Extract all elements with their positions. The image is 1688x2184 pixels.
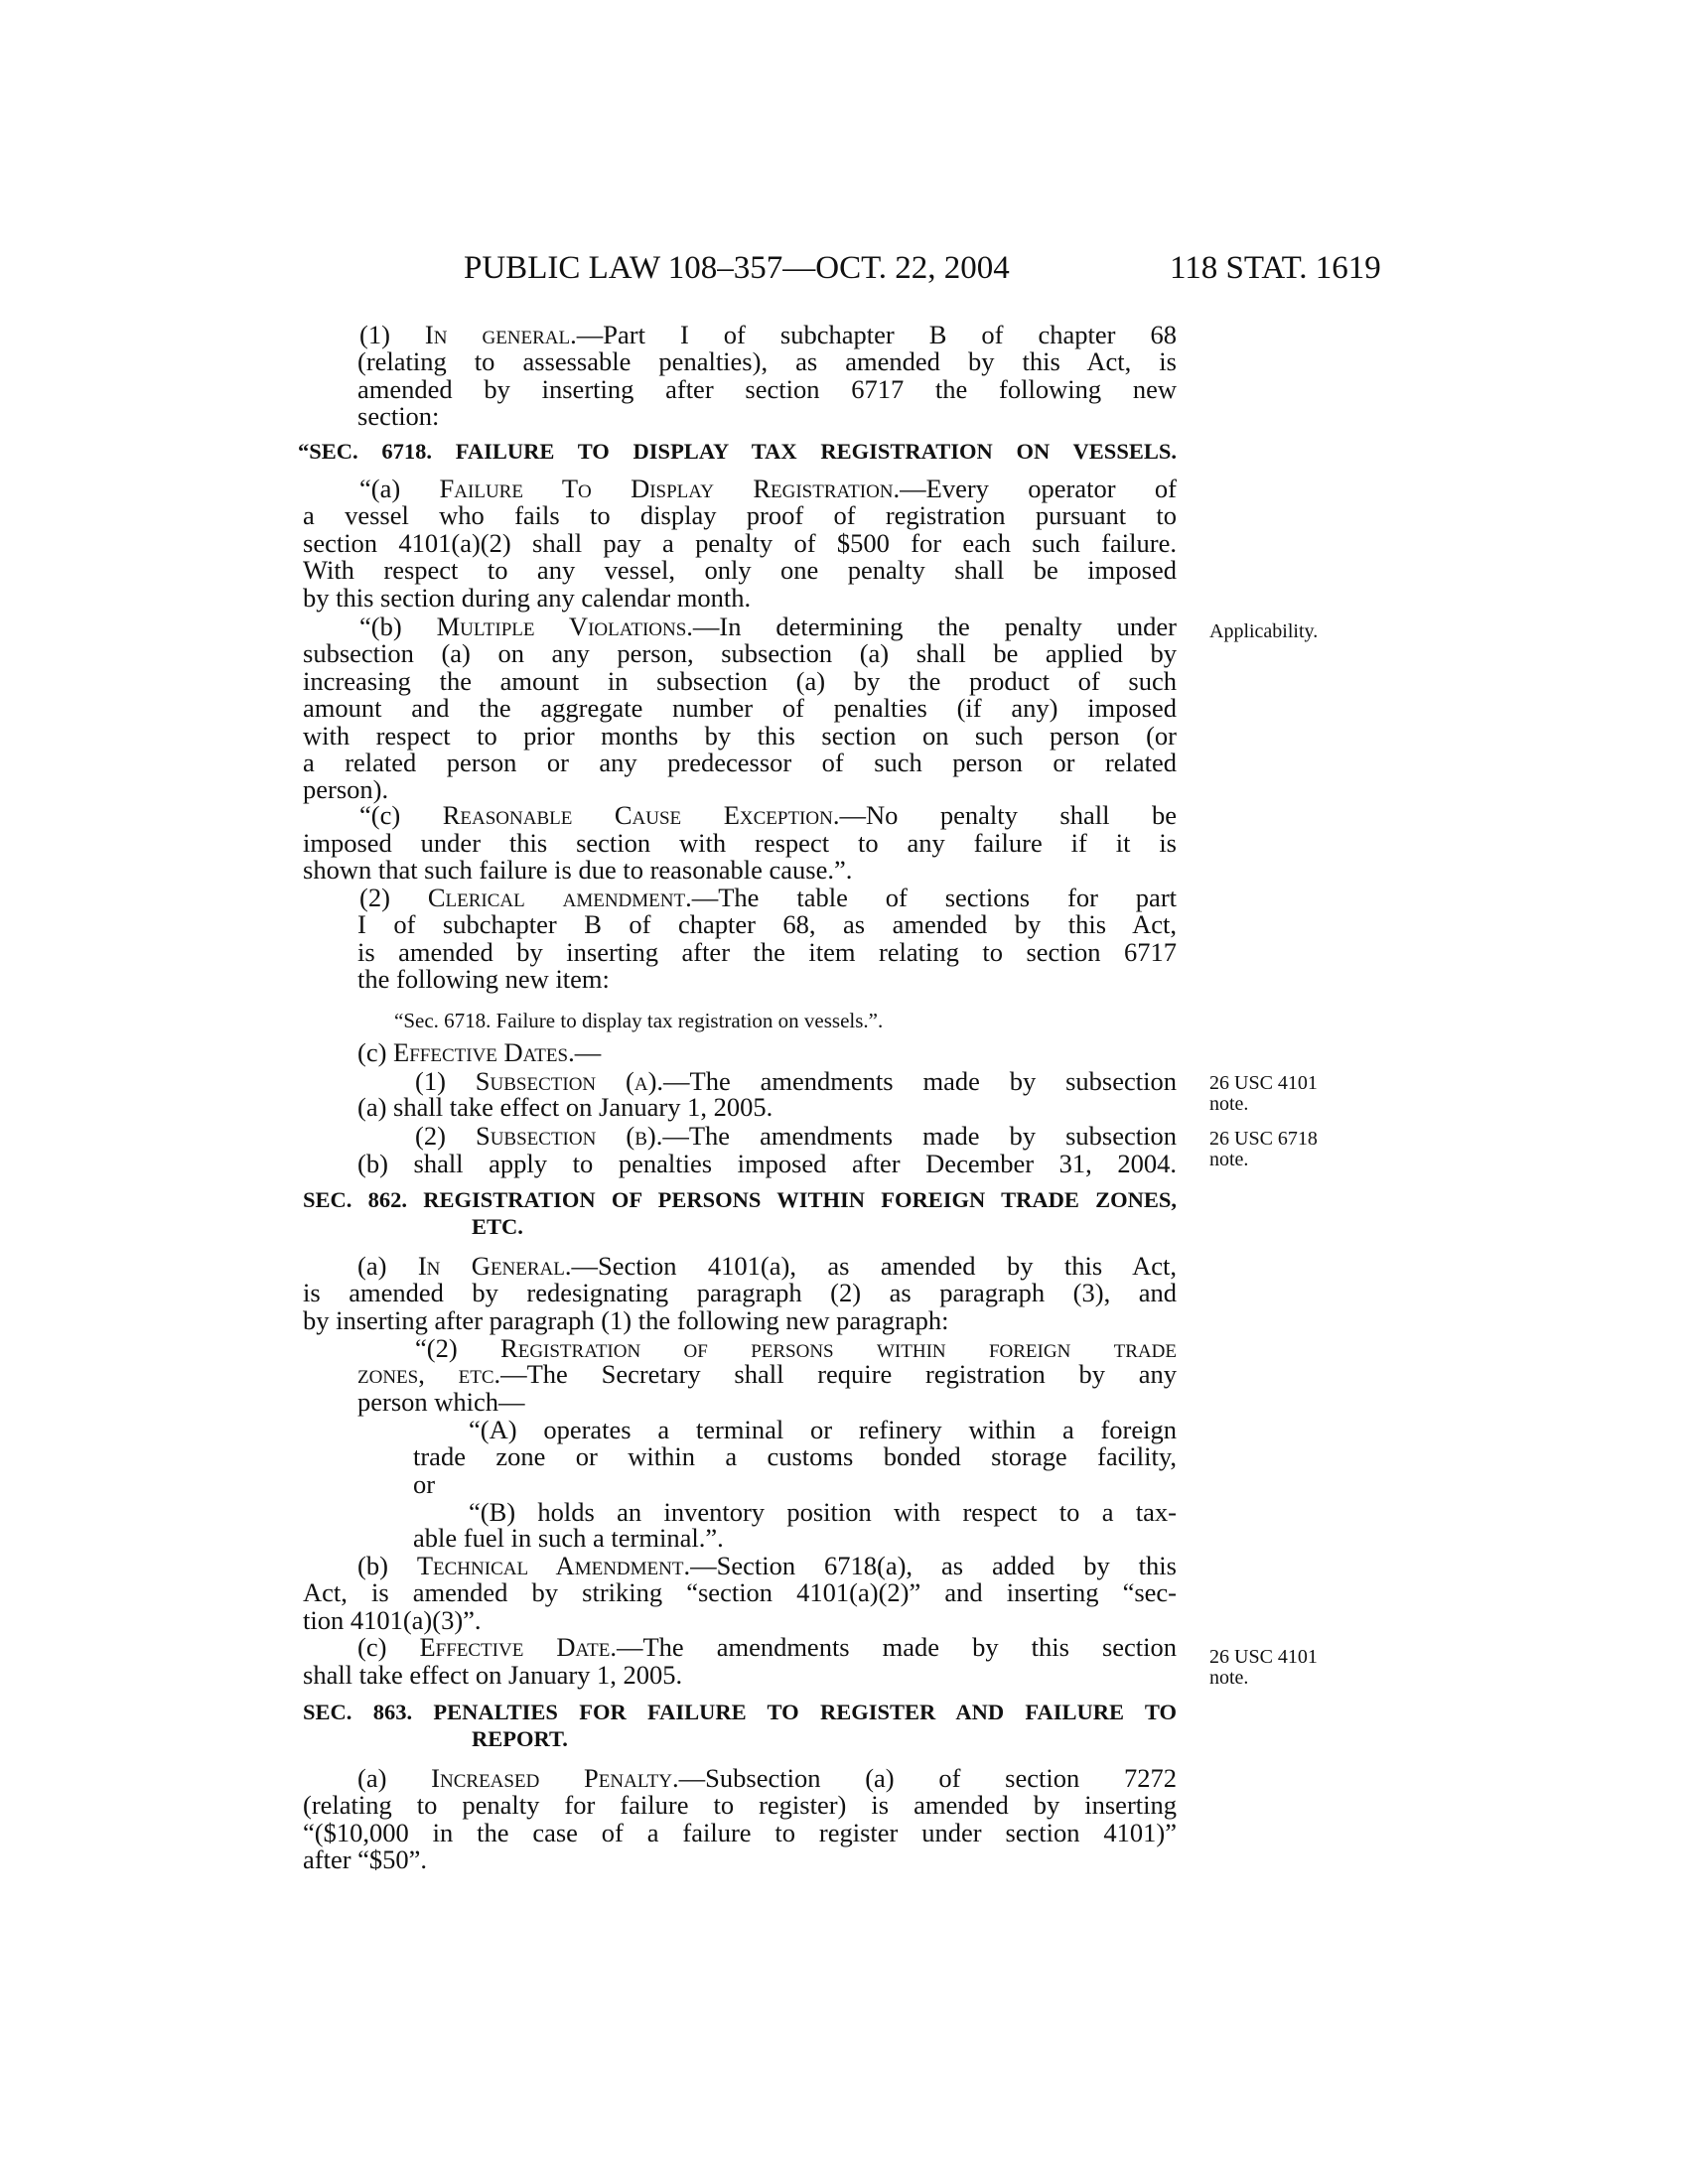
margin-note-usc-6718-note: note. (1209, 1149, 1248, 1170)
section-862-heading: SEC. 862. REGISTRATION OF PERSONS WITHIN… (303, 1186, 1177, 1214)
label: (a) (357, 1763, 431, 1793)
effective-date-1-line: (1) Subsection (a).—The amendments made … (415, 1067, 1177, 1095)
paragraph-1-line: (1) In general.—Part I of subchapter B o… (359, 321, 1177, 348)
running-header-law: PUBLIC LAW 108–357—OCT. 22, 2004 (464, 250, 1010, 287)
effective-date-2-line: (b) shall apply to penalties imposed aft… (357, 1150, 1177, 1177)
clerical-amendment-line: I of subchapter B of chapter 68, as amen… (357, 910, 1177, 938)
clause-B-line: “(B) holds an inventory position with re… (469, 1498, 1177, 1526)
subsection-b-line: subsection (a) on any person, subsection… (303, 639, 1177, 667)
subsection-b-line: a related person or any predecessor of s… (303, 749, 1177, 776)
section-863-heading-cont: REPORT. (472, 1725, 568, 1753)
caption: In General. (418, 1251, 572, 1281)
clerical-amendment-line: the following new item: (357, 965, 1177, 993)
effective-dates-heading: (c) Effective Dates.— (357, 1038, 1177, 1066)
margin-note-applicability: Applicability. (1209, 620, 1318, 642)
section-6718-heading: “SEC. 6718. FAILURE TO DISPLAY TAX REGIS… (298, 438, 1177, 466)
caption: Multiple Violations. (437, 612, 693, 641)
section-862-c-line: (c) Effective Date.—The amendments made … (357, 1633, 1177, 1661)
label: “(c) (359, 800, 443, 830)
caption: Clerical amendment. (428, 883, 692, 912)
label: (2) (415, 1121, 476, 1151)
section-863-heading: SEC. 863. PENALTIES FOR FAILURE TO REGIS… (303, 1699, 1177, 1726)
label: “(b) (359, 612, 437, 641)
clause-A-line: “(A) operates a terminal or refinery wit… (469, 1416, 1177, 1443)
quoted-paragraph-2-line: zones, etc.—The Secretary shall require … (357, 1360, 1177, 1388)
caption: Technical Amendment. (417, 1551, 690, 1580)
subsection-c-line: imposed under this section with respect … (303, 829, 1177, 857)
clause-A-line: trade zone or within a customs bonded st… (413, 1442, 1177, 1470)
text: —Section 4101(a), as amended by this Act… (572, 1251, 1177, 1281)
subsection-a-line: With respect to any vessel, only one pen… (303, 556, 1177, 584)
text: —The table of sections for part (692, 883, 1177, 912)
label: (c) (357, 1632, 419, 1662)
text: —Subsection (a) of section 7272 (679, 1763, 1177, 1793)
subsection-a-line: by this section during any calendar mont… (303, 584, 1177, 612)
text: —Every operator of (900, 474, 1177, 503)
label: (b) (357, 1551, 417, 1580)
effective-date-2-line: (2) Subsection (b).—The amendments made … (415, 1122, 1177, 1150)
section-862-c-line: shall take effect on January 1, 2005. (303, 1661, 1177, 1689)
label: (1) (359, 320, 425, 349)
caption: In general. (425, 320, 577, 349)
text: —Section 6718(a), as added by this (690, 1551, 1177, 1580)
label: (a) (357, 1251, 418, 1281)
caption: zones, etc. (357, 1359, 500, 1389)
quoted-paragraph-2-line: person which— (357, 1388, 1177, 1416)
paragraph-1-line: (relating to assessable penalties), as a… (357, 347, 1177, 375)
caption: Increased Penalty. (431, 1763, 678, 1793)
section-863-a-line: after “$50”. (303, 1845, 1177, 1873)
section-863-a-line: “($10,000 in the case of a failure to re… (303, 1819, 1177, 1846)
margin-note-usc-4101-b-note: note. (1209, 1667, 1248, 1689)
clerical-amendment-line: is amended by inserting after the item r… (357, 938, 1177, 966)
subsection-b-line: with respect to prior months by this sec… (303, 722, 1177, 750)
section-863-a-line: (relating to penalty for failure to regi… (303, 1791, 1177, 1819)
subsection-b-line: person). (303, 775, 1177, 803)
clause-B-line: able fuel in such a terminal.”. (413, 1524, 1177, 1552)
paragraph-1-line: section: (357, 402, 1177, 430)
margin-note-usc-4101-b: 26 USC 4101 (1209, 1646, 1318, 1668)
subsection-b-line: amount and the aggregate number of penal… (303, 694, 1177, 722)
subsection-a-line: a vessel who fails to display proof of r… (303, 501, 1177, 529)
caption: Effective Date. (419, 1632, 617, 1662)
caption: Failure To Display Registration. (440, 474, 901, 503)
margin-note-usc-4101: 26 USC 4101 (1209, 1072, 1318, 1094)
clerical-amendment-line: (2) Clerical amendment.—The table of sec… (359, 884, 1177, 911)
section-862-b-line: Act, is amended by striking “section 410… (303, 1578, 1177, 1606)
text: — (575, 1037, 602, 1067)
subsection-c-line: shown that such failure is due to reason… (303, 856, 1177, 884)
effective-date-1-line: (a) shall take effect on January 1, 2005… (357, 1093, 1177, 1121)
section-862-b-line: tion 4101(a)(3)”. (303, 1606, 1177, 1634)
subsection-c-line: “(c) Reasonable Cause Exception.—No pena… (303, 801, 1177, 829)
section-862-a-line: (a) In General.—Section 4101(a), as amen… (357, 1252, 1177, 1280)
text: —The Secretary shall require registratio… (500, 1359, 1177, 1389)
caption: Reasonable Cause Exception. (443, 800, 840, 830)
clause-A-line: or (413, 1470, 1177, 1498)
section-862-heading-cont: ETC. (472, 1213, 523, 1241)
label: (2) (359, 883, 428, 912)
subsection-b-line: increasing the amount in subsection (a) … (303, 667, 1177, 695)
margin-note-usc-4101-note: note. (1209, 1093, 1248, 1115)
text: —No penalty shall be (839, 800, 1177, 830)
label: (c) (357, 1037, 393, 1067)
text: —In determining the penalty under (693, 612, 1177, 641)
quoted-paragraph-2-line: “(2) Registration of persons within fore… (415, 1334, 1177, 1362)
subsection-a-line: section 4101(a)(2) shall pay a penalty o… (303, 529, 1177, 557)
section-862-a-line: by inserting after paragraph (1) the fol… (303, 1306, 1177, 1334)
table-of-sections-item: “Sec. 6718. Failure to display tax regis… (394, 1008, 883, 1033)
margin-note-usc-6718: 26 USC 6718 (1209, 1128, 1318, 1150)
text: —Part I of subchapter B of chapter 68 (577, 320, 1177, 349)
text: —The amendments made by subsection (662, 1121, 1177, 1151)
label: “(a) (359, 474, 440, 503)
section-862-b-line: (b) Technical Amendment.—Section 6718(a)… (357, 1552, 1177, 1579)
caption: Subsection (b). (476, 1121, 662, 1151)
section-862-a-line: is amended by redesignating paragraph (2… (303, 1279, 1177, 1306)
subsection-b-line: “(b) Multiple Violations.—In determining… (303, 613, 1177, 640)
section-863-a-line: (a) Increased Penalty.—Subsection (a) of… (357, 1764, 1177, 1792)
page-number-stat: 118 STAT. 1619 (1170, 250, 1381, 287)
subsection-a-line: “(a) Failure To Display Registration.—Ev… (303, 475, 1177, 502)
text: —The amendments made by this section (617, 1632, 1177, 1662)
caption: Effective Dates. (393, 1037, 575, 1067)
paragraph-1-line: amended by inserting after section 6717 … (357, 375, 1177, 403)
